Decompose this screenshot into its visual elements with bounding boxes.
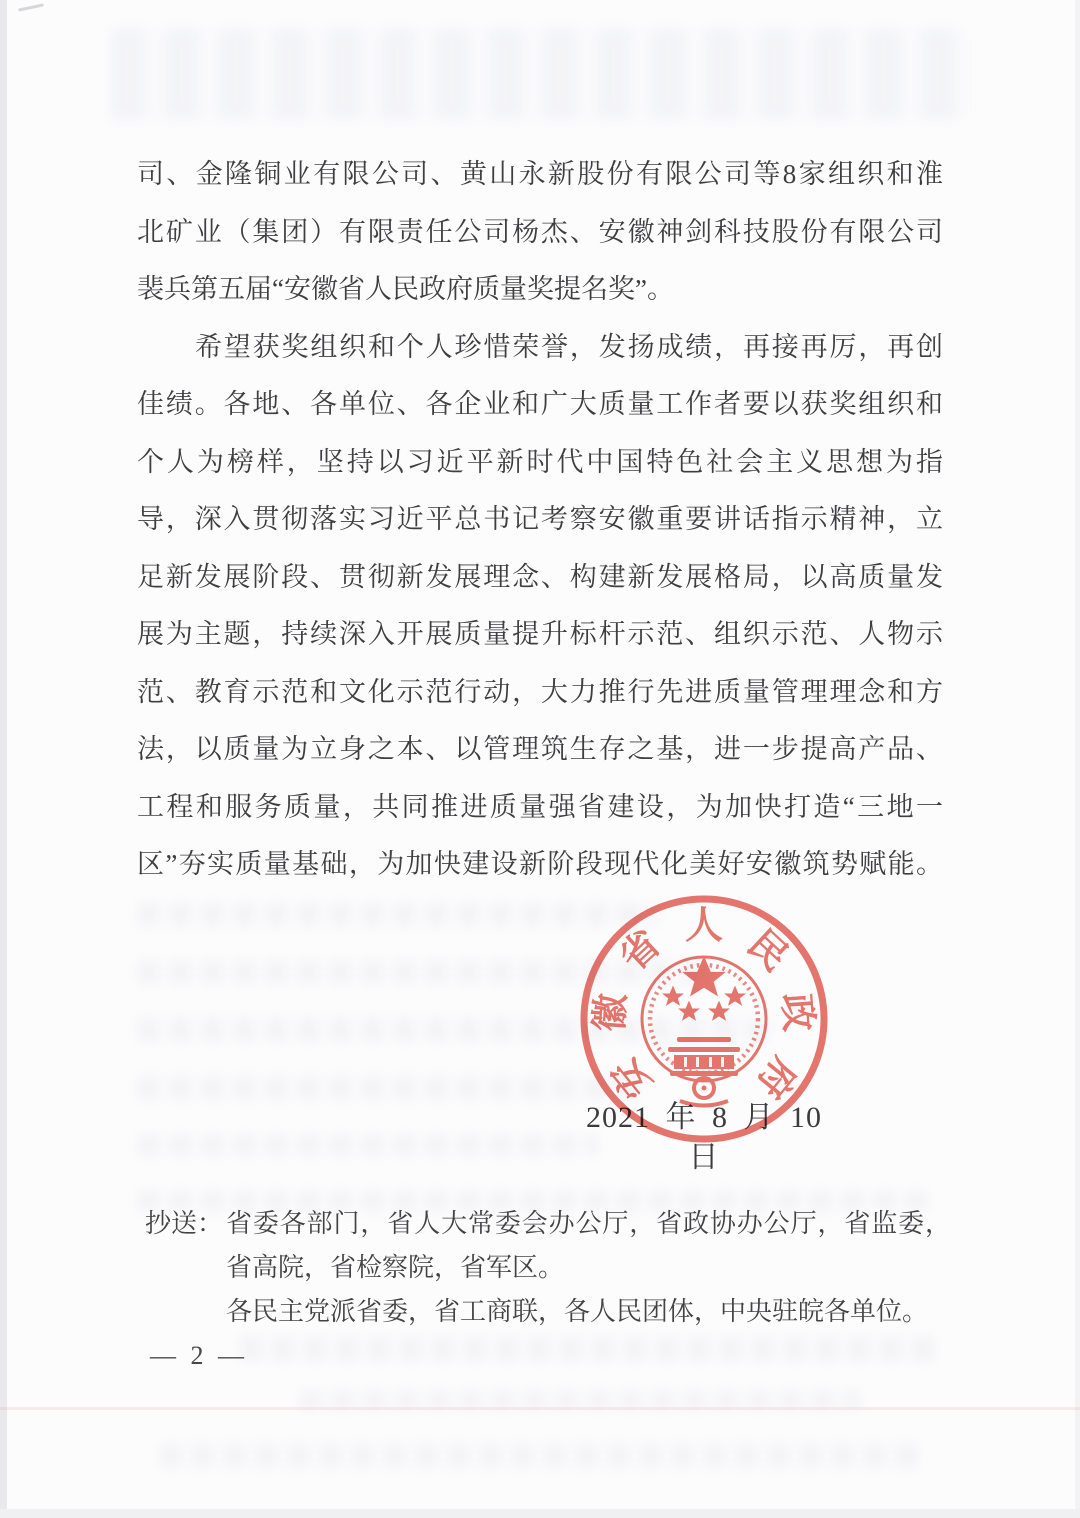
document-line: 展为主题，持续深入开展质量提升标杆示范、组织示范、人物示 (137, 606, 943, 664)
document-line: 希望获奖组织和个人珍惜荣誉，发扬成绩，再接再厉，再创 (137, 319, 943, 377)
scan-ghosting (138, 1076, 638, 1100)
document-line: 工程和服务质量，共同推进质量强省建设，为加快打造“三地一 (137, 779, 943, 837)
svg-text:徽: 徽 (589, 992, 634, 1033)
scan-edge-bottom (0, 1509, 1080, 1518)
document-line: 法，以质量为立身之本、以管理筑生存之基，进一步提高产品、 (137, 721, 943, 779)
document-line: 裴兵第五届“安徽省人民政府质量奖提名奖”。 (137, 261, 943, 319)
document-line: 北矿业（集团）有限责任公司杨杰、安徽神剑科技股份有限公司 (137, 204, 943, 262)
document-line: 佳绩。各地、各单位、各企业和广大质量工作者要以获奖组织和 (137, 376, 943, 434)
scan-edge-left (0, 0, 7, 1518)
document-line: 区”夯实质量基础，为加快建设新阶段现代化美好安徽筑势赋能。 (137, 836, 943, 894)
national-emblem-icon (642, 956, 766, 1106)
copy-distribution-block: 抄送： 省委各部门，省人大常委会办公厅，省政协办公厅，省监委， 省高院，省检察院… (145, 1202, 951, 1334)
document-line: 导，深入贯彻落实习近平总书记考察安徽重要讲话指示精神，立 (137, 491, 943, 549)
svg-text:政: 政 (774, 992, 819, 1033)
scan-corner-mark (18, 3, 44, 11)
scan-ghosting (240, 1336, 940, 1362)
document-line: 司、金隆铜业有限公司、黄山永新股份有限公司等8家组织和淮 (137, 146, 943, 204)
page-number: — 2 — (150, 1338, 248, 1374)
document-line: 范、教育示范和文化示范行动，大力推行先进质量管理理念和方 (137, 664, 943, 722)
scan-ghosting (138, 1134, 598, 1156)
document-page: 司、金隆铜业有限公司、黄山永新股份有限公司等8家组织和淮 北矿业（集团）有限责任… (0, 0, 1080, 1518)
document-line: 足新发展阶段、贯彻新发展理念、构建新发展格局，以高质量发 (137, 549, 943, 607)
scan-edge-right (1075, 0, 1080, 1518)
document-line: 个人为榜样，坚持以习近平新时代中国特色社会主义思想为指 (137, 434, 943, 492)
svg-text:人: 人 (685, 905, 723, 947)
seal-graphic: 安 徽 省 人 民 政 府 (576, 891, 832, 1147)
body-text: 司、金隆铜业有限公司、黄山永新股份有限公司等8家组织和淮 北矿业（集团）有限责任… (137, 146, 943, 894)
copy-line: 省高院，省检察院，省军区。 (226, 1246, 951, 1290)
scan-fold-line (0, 1407, 1080, 1410)
scan-ghosting (160, 1444, 920, 1468)
copy-line: 各民主党派省委，省工商联，各人民团体，中央驻皖各单位。 (226, 1290, 951, 1334)
copy-label: 抄送： (145, 1202, 226, 1246)
copy-line: 省委各部门，省人大常委会办公厅，省政协办公厅，省监委， (226, 1202, 951, 1246)
scan-ghosting (110, 28, 970, 120)
official-seal: 安 徽 省 人 民 政 府 (576, 891, 832, 1147)
